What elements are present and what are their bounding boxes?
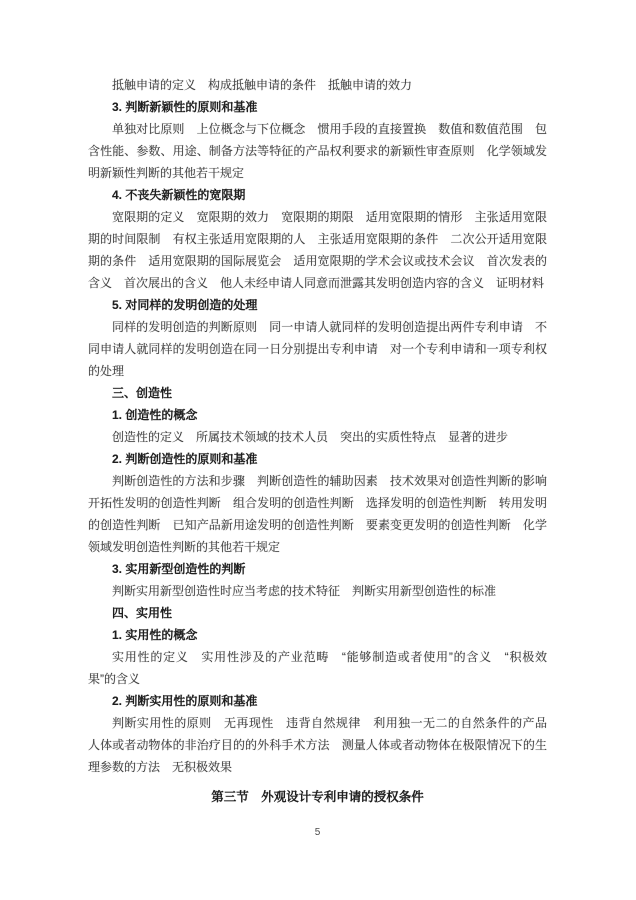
heading-inventiveness-concept: 1. 创造性的概念 (88, 404, 547, 426)
para-practicality-concept: 实用性的定义 实用性涉及的产业范畴 “能够制造或者使用”的含义 “积极效果”的含… (88, 646, 547, 690)
page-number: 5 (88, 822, 547, 844)
section-title-design-patent-authorization: 第三节 外观设计专利申请的授权条件 (88, 786, 547, 808)
heading-practicality: 四、实用性 (88, 602, 547, 624)
heading-same-invention-handling: 5. 对同样的发明创造的处理 (88, 294, 547, 316)
document-page: 抵触申请的定义 构成抵触申请的条件 抵触申请的效力 3. 判断新颖性的原则和基准… (0, 0, 636, 900)
para-grace-period: 宽限期的定义 宽限期的效力 宽限期的期限 适用宽限期的情形 主张适用宽限期的时间… (88, 206, 547, 294)
heading-practicality-judgment: 2. 判断实用性的原则和基准 (88, 690, 547, 712)
heading-novelty-judgment-principles: 3. 判断新颖性的原则和基准 (88, 96, 547, 118)
heading-inventiveness-judgment: 2. 判断创造性的原则和基准 (88, 448, 547, 470)
heading-practicality-concept: 1. 实用性的概念 (88, 624, 547, 646)
heading-inventiveness: 三、创造性 (88, 382, 547, 404)
heading-grace-period: 4. 不丧失新颖性的宽限期 (88, 184, 547, 206)
para-conflicting-application: 抵触申请的定义 构成抵触申请的条件 抵触申请的效力 (88, 74, 547, 96)
para-practicality-judgment: 判断实用性的原则 无再现性 违背自然规律 利用独一无二的自然条件的产品 人体或者… (88, 712, 547, 778)
para-novelty-judgment-principles: 单独对比原则 上位概念与下位概念 惯用手段的直接置换 数值和数值范围 包含性能、… (88, 118, 547, 184)
para-same-invention-handling: 同样的发明创造的判断原则 同一申请人就同样的发明创造提出两件专利申请 不同申请人… (88, 316, 547, 382)
para-inventiveness-judgment: 判断创造性的方法和步骤 判断创造性的辅助因素 技术效果对创造性判断的影响 开拓性… (88, 470, 547, 558)
para-inventiveness-concept: 创造性的定义 所属技术领域的技术人员 突出的实质性特点 显著的进步 (88, 426, 547, 448)
para-utility-model-inventiveness: 判断实用新型创造性时应当考虑的技术特征 判断实用新型创造性的标准 (88, 580, 547, 602)
heading-utility-model-inventiveness: 3. 实用新型创造性的判断 (88, 558, 547, 580)
